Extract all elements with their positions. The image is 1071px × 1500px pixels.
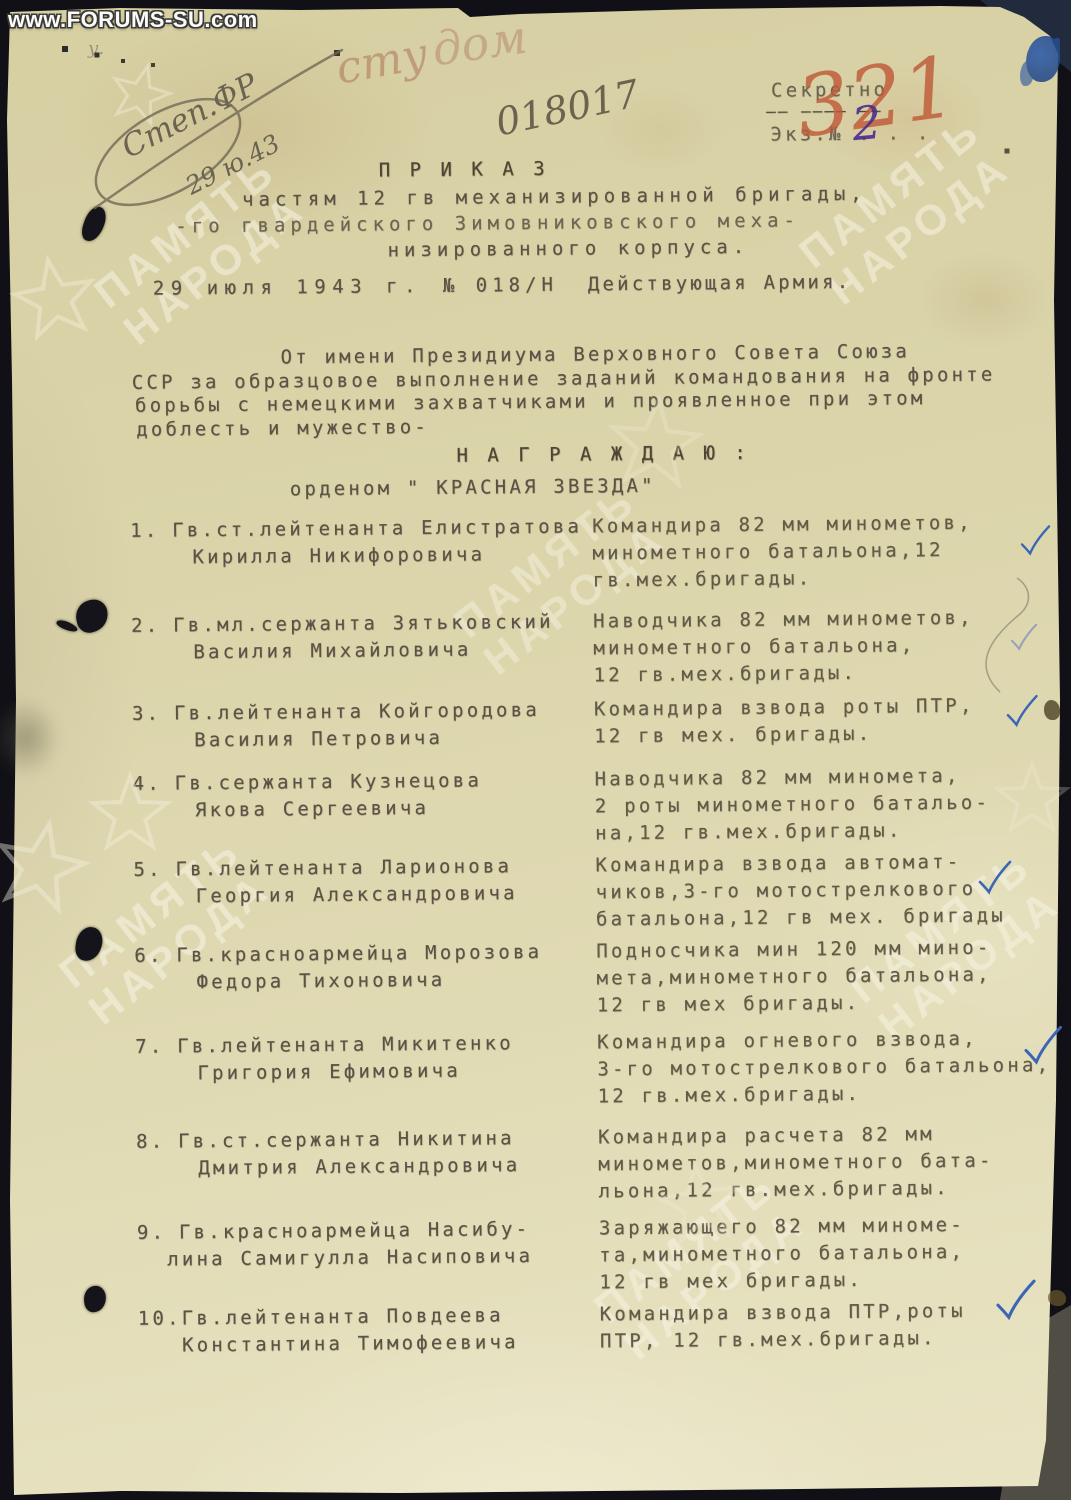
entry-patronymic: лина Самигулла Насиповича	[167, 1242, 599, 1273]
entry-number: 1.	[130, 517, 172, 544]
award-entry: 6.Гв.красноармейца Морозова Федора Тихон…	[134, 934, 1035, 1024]
preamble-line1: От имени Президиума Верховного Совета Со…	[280, 340, 910, 368]
entry-patronymic: Василия Михайловича	[193, 635, 593, 666]
entry-rank-name: Гв.красноармейца Морозова	[176, 939, 542, 970]
entry-position: Заряжающего 82 мм миноме-та,минометного …	[599, 1212, 966, 1297]
entry-number: 8.	[136, 1128, 178, 1155]
entry-rank-name: Гв.красноармейца Насибу-	[179, 1216, 531, 1246]
entry-patronymic: Дмитрия Александровича	[198, 1151, 598, 1182]
order-number: № 018/Н	[443, 274, 558, 297]
site-watermark: www.FORUMS-SU.com	[8, 7, 258, 33]
scanned-document-page: { "watermarks": { "site": "www.FORUMS-SU…	[0, 0, 1071, 1500]
typed-content: Секретно –– –––– –– Экз.№ . . . П Р И К …	[0, 0, 1071, 1500]
entry-patronymic: Якова Сергеевича	[195, 793, 595, 824]
award-entry: 1.Гв.ст.лейтенанта Елистратова Кирилла Н…	[130, 509, 1031, 599]
order-header-line1: частям 12 гв механизированной бригады,	[242, 183, 867, 211]
entry-number: 6.	[134, 942, 176, 969]
paper-speckles	[0, 0, 2, 2]
entry-rank-name: Гв.лейтенанта Ларионова	[175, 853, 512, 883]
entry-position: Наводчика 82 мм минометов,минометного ба…	[593, 605, 974, 690]
entry-number: 5.	[133, 856, 175, 883]
entry-position: Командира взвода ПТР,ротыПТР, 12 гв.мех.…	[600, 1298, 966, 1356]
entry-patronymic: Константина Тимофеевича	[182, 1328, 600, 1359]
entry-position: Командира взвода роты ПТР,12 гв мех. бри…	[594, 693, 975, 751]
entry-number: 7.	[135, 1033, 177, 1060]
entry-number: 3.	[132, 700, 174, 727]
army-label: Действующая Армия.	[588, 271, 852, 296]
entry-patronymic: Георгия Александровича	[196, 879, 596, 910]
entry-rank-name: Гв.сержанта Кузнецова	[174, 767, 482, 797]
award-heading: Н А Г Р А Ж Д А Ю :	[456, 442, 750, 467]
award-entry: 7.Гв.лейтенанта Микитенко Григория Ефимо…	[135, 1025, 1036, 1115]
entry-number: 10.	[138, 1305, 182, 1332]
entry-number: 9.	[137, 1219, 179, 1246]
order-date: 29 июля 1943 г.	[153, 275, 422, 300]
award-entry: 9.Гв.красноармейца Насибу- лина Самигулл…	[137, 1211, 1038, 1301]
award-order-line: орденом " КРАСНАЯ ЗВЕЗДА"	[290, 475, 656, 501]
entry-position: Командира 82 мм минометов,минометного ба…	[592, 510, 973, 595]
award-entries-list: 1.Гв.ст.лейтенанта Елистратова Кирилла Н…	[130, 509, 1038, 1360]
entry-position: Командира огневого взвода,3-го мотострел…	[597, 1025, 1052, 1110]
entry-rank-name: Гв.ст.сержанта Никитина	[178, 1125, 515, 1155]
entry-position: Наводчика 82 мм миномета,2 роты минометн…	[594, 763, 990, 848]
pencil-mark-small: у.	[88, 38, 104, 59]
brown-ink-blob	[1048, 1290, 1066, 1306]
entry-position: Подносчика мин 120 мм мино-мета,минометн…	[596, 935, 992, 1020]
order-header-line3: низированного корпуса.	[387, 236, 749, 261]
entry-rank-name: Гв.мл.сержанта Зятьковский	[173, 609, 554, 640]
award-entry: 10.Гв.лейтенанта Повдеева Константина Ти…	[138, 1297, 1038, 1360]
award-entry: 4.Гв.сержанта Кузнецова Якова Сергеевича…	[133, 762, 1034, 852]
entry-patronymic: Кирилла Никифоровича	[192, 540, 592, 571]
entry-number: 4.	[133, 770, 175, 797]
preamble-line4: доблесть и мужество-	[136, 416, 429, 441]
award-entry: 5.Гв.лейтенанта Ларионова Георгия Алекса…	[133, 848, 1034, 938]
award-entry: 3.Гв.лейтенанта Койгородова Василия Петр…	[132, 692, 1032, 755]
entry-patronymic: Григория Ефимовича	[197, 1056, 597, 1087]
entry-patronymic: Федора Тихоновича	[196, 965, 596, 996]
order-title: П Р И К А З	[379, 158, 549, 182]
purple-ink-copy-number: 2	[850, 95, 884, 151]
entry-rank-name: Гв.ст.лейтенанта Елистратова	[172, 514, 582, 545]
award-entry: 8.Гв.ст.сержанта Никитина Дмитрия Алекса…	[136, 1120, 1037, 1210]
brown-ink-blob	[1044, 700, 1060, 720]
entry-number: 2.	[131, 612, 173, 639]
entry-rank-name: Гв.лейтенанта Повдеева	[182, 1302, 504, 1332]
entry-patronymic: Василия Петровича	[194, 723, 594, 754]
award-entry: 2.Гв.мл.сержанта Зятьковский Василия Мих…	[131, 604, 1032, 694]
entry-rank-name: Гв.лейтенанта Микитенко	[177, 1030, 514, 1060]
gray-smudge	[0, 698, 60, 778]
entry-rank-name: Гв.лейтенанта Койгородова	[174, 697, 540, 728]
entry-position: Командира взвода автомат-чиков,3-го мото…	[595, 848, 1006, 933]
order-header-line2: -го гвардейского Зимовниковского меха-	[175, 209, 800, 237]
entry-position: Командира расчета 82 ммминометов,миномет…	[598, 1121, 994, 1206]
